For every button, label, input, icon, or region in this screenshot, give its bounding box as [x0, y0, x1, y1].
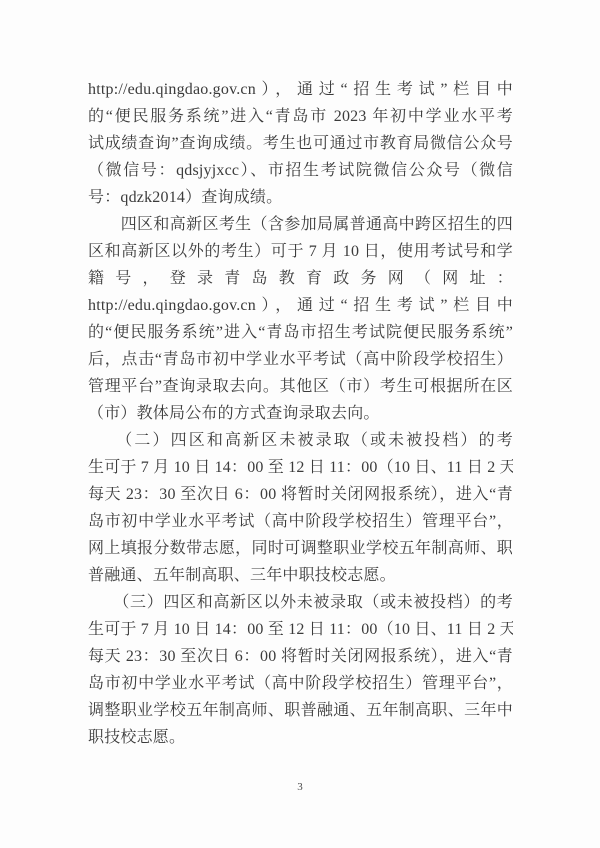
text-line: （二）四区和高新区未被录取（或未被投档）的考: [88, 427, 513, 454]
text-line: 管理平台”查询录取去向。其他区（市）考生可根据所在区: [88, 373, 513, 400]
document-page: http://edu.qingdao.gov.cn），通过“招生考试”栏目中的“…: [0, 0, 600, 848]
text-line: 岛市初中学业水平考试（高中阶段学校招生）管理平台”，: [88, 508, 513, 535]
text-line: 试成绩查询”查询成绩。考生也可通过市教育局微信公众号: [88, 130, 513, 157]
text-line: 岛市初中学业水平考试（高中阶段学校招生）管理平台”，: [88, 670, 513, 697]
text-line: 后，点击“青岛市初中学业水平考试（高中阶段学校招生）: [88, 346, 513, 373]
text-line: 普融通、五年制高职、三年中职技校志愿。: [88, 562, 513, 589]
text-line: （微信号：qdsjyjxcc）、市招生考试院微信公众号（微信: [88, 157, 513, 184]
text-line: 生可于 7 月 10 日 14：00 至 12 日 11：00（10 日、11 …: [88, 454, 513, 481]
text-line: 每天 23：30 至次日 6：00 将暂时关闭网报系统），进入“青: [88, 481, 513, 508]
page-number: 3: [0, 781, 600, 793]
text-line: 的“便民服务系统”进入“青岛市招生考试院便民服务系统”: [88, 319, 513, 346]
text-line: 号：qdzk2014）查询成绩。: [88, 184, 513, 211]
text-line: 生可于 7 月 10 日 14：00 至 12 日 11：00（10 日、11 …: [88, 616, 513, 643]
text-line: 四区和高新区考生（含参加局属普通高中跨区招生的四: [88, 211, 513, 238]
text-line: 的“便民服务系统”进入“青岛市 2023 年初中学业水平考: [88, 103, 513, 130]
text-line: 职技校志愿。: [88, 724, 513, 751]
text-line: 籍号，登录青岛教育政务网（网址：: [88, 265, 513, 292]
text-line: （市）教体局公布的方式查询录取去向。: [88, 400, 513, 427]
text-line: 每天 23：30 至次日 6：00 将暂时关闭网报系统），进入“青: [88, 643, 513, 670]
text-line: （三）四区和高新区以外未被录取（或未被投档）的考: [88, 589, 513, 616]
text-line: http://edu.qingdao.gov.cn），通过“招生考试”栏目中: [88, 76, 513, 103]
text-line: 区和高新区以外的考生）可于 7 月 10 日，使用考试号和学: [88, 238, 513, 265]
text-line: 网上填报分数带志愿，同时可调整职业学校五年制高师、职: [88, 535, 513, 562]
text-block: http://edu.qingdao.gov.cn），通过“招生考试”栏目中的“…: [88, 76, 513, 751]
text-line: http://edu.qingdao.gov.cn），通过“招生考试”栏目中: [88, 292, 513, 319]
text-line: 调整职业学校五年制高师、职普融通、五年制高职、三年中: [88, 697, 513, 724]
